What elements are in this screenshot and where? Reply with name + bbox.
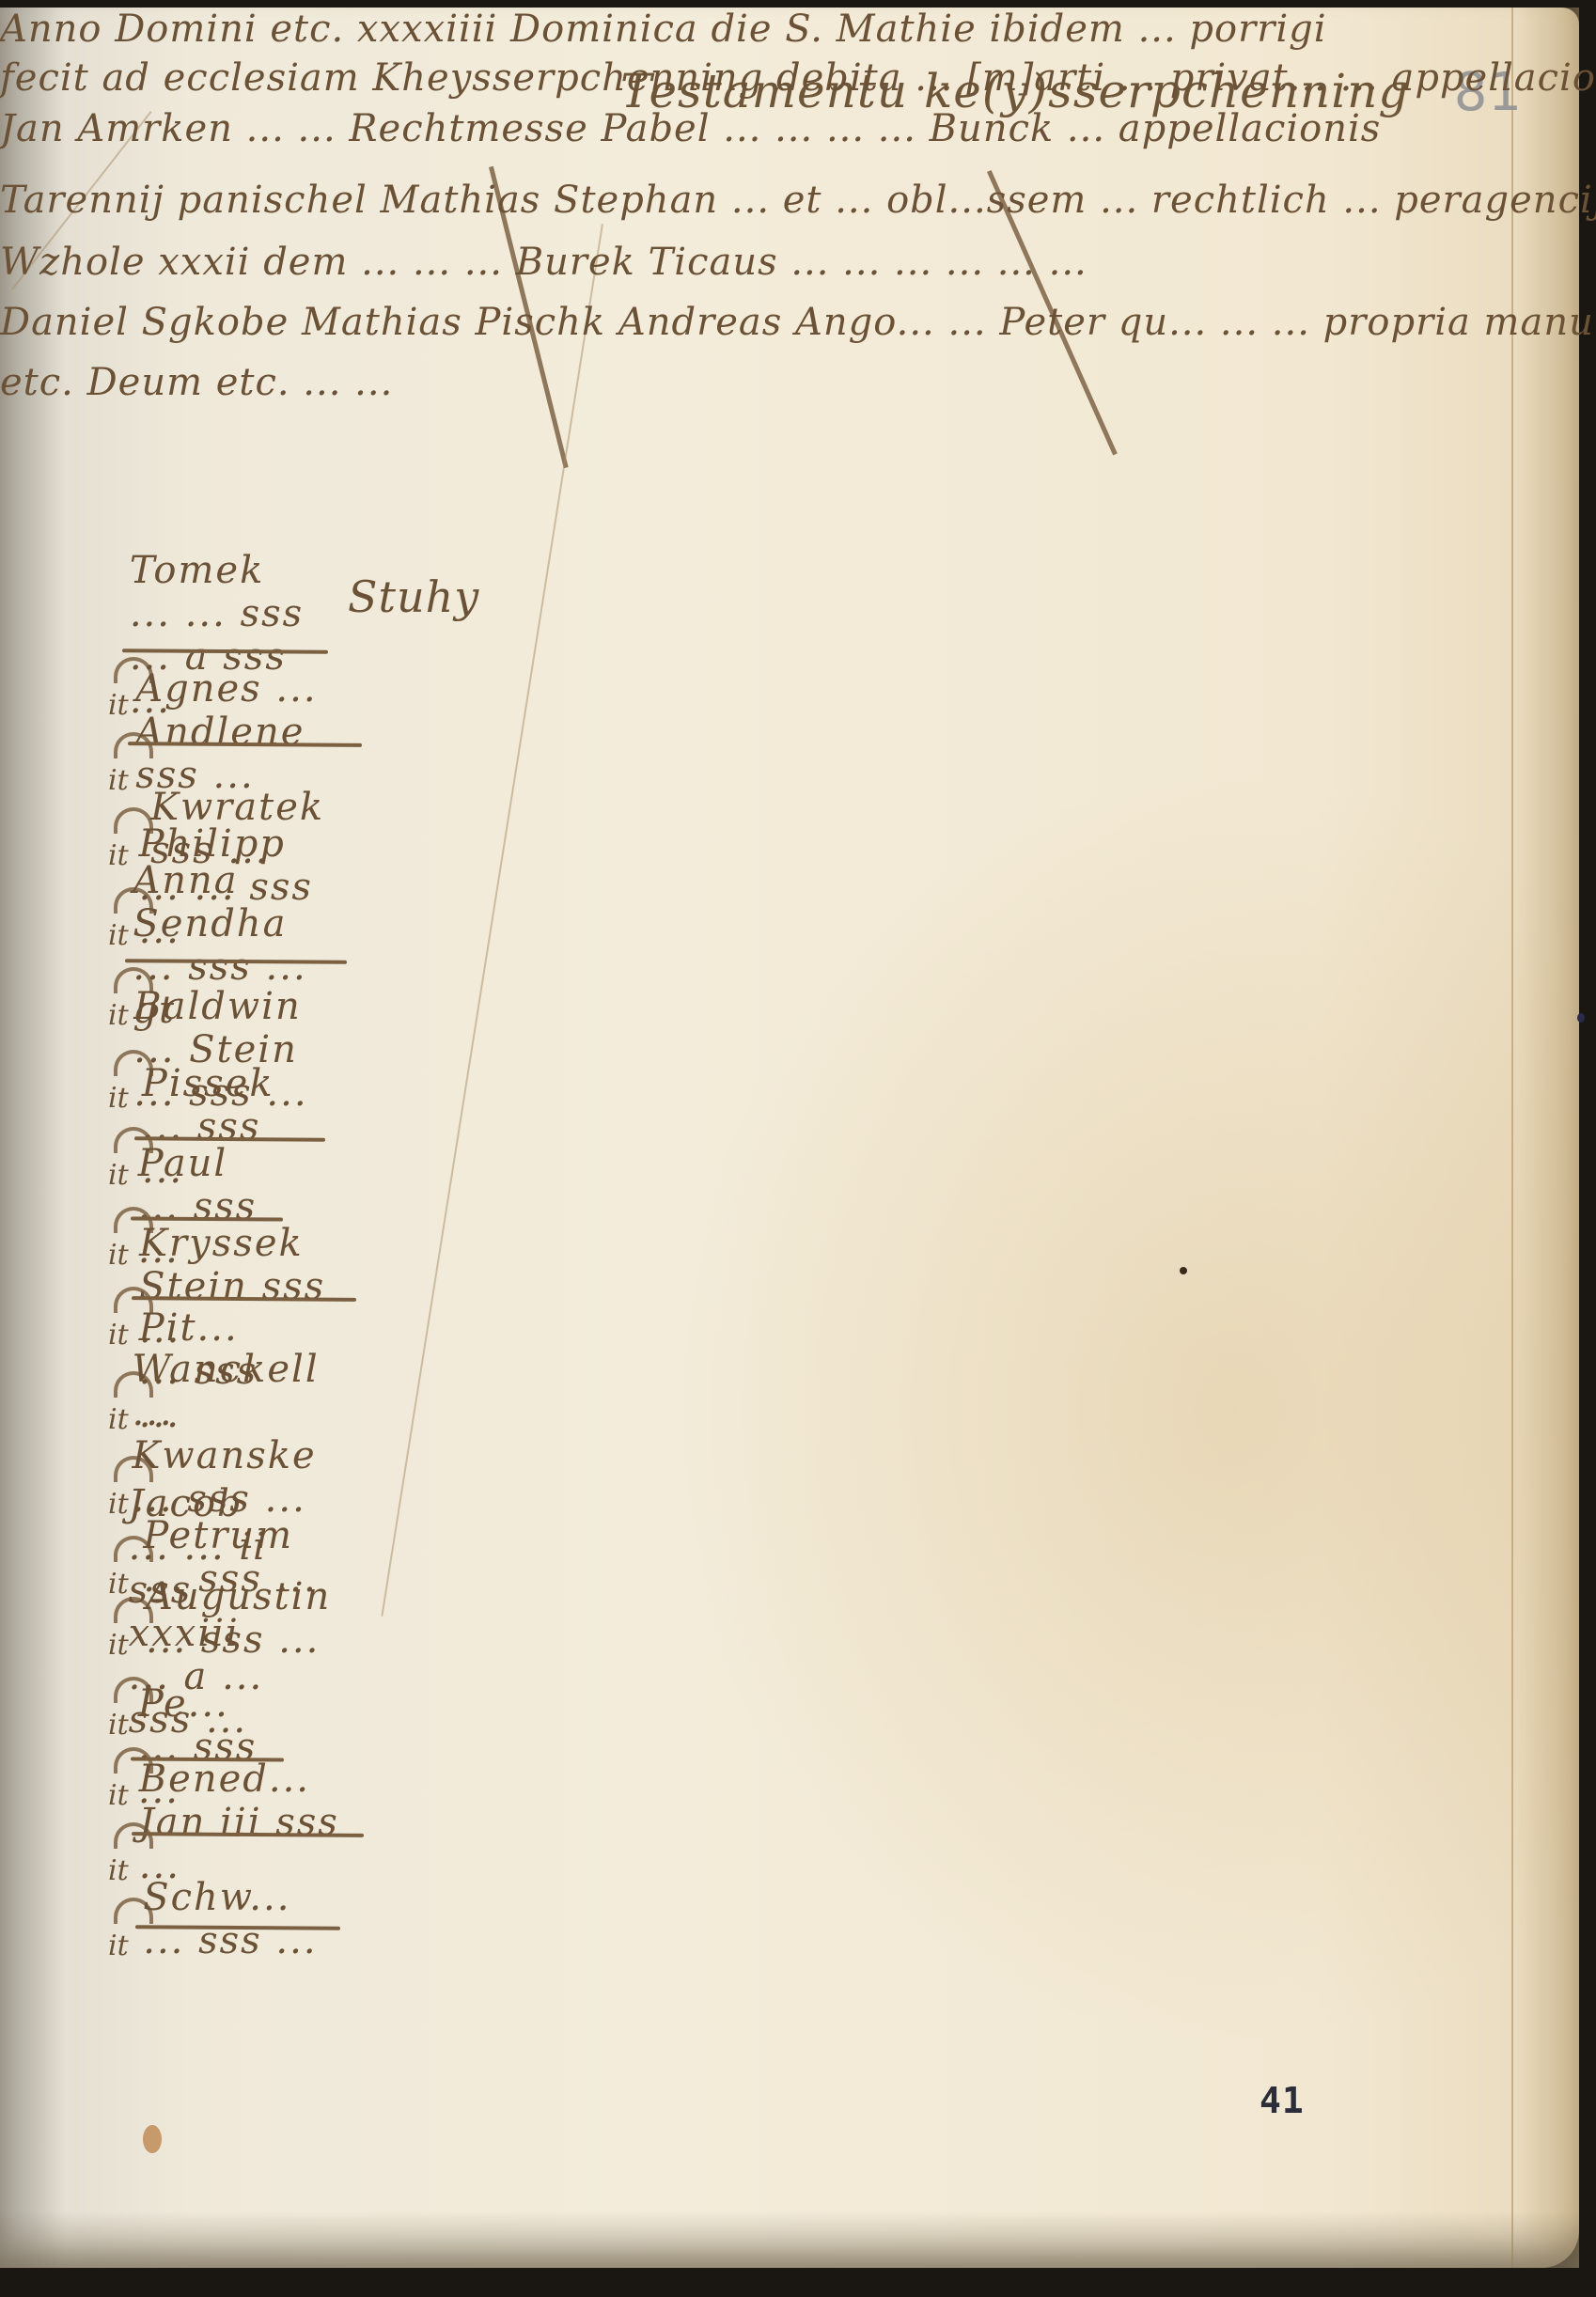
- item-marker: it: [108, 689, 130, 722]
- ink-dot: [1180, 1267, 1187, 1274]
- item-marker: it: [108, 1854, 139, 1887]
- item-marker: it: [108, 1319, 139, 1352]
- item-text: Agnes ... Andlene sss ...: [135, 667, 352, 797]
- manuscript-page: Testamentu ke(y)sserpchenning 81 Anno Do…: [0, 8, 1579, 2268]
- ink-dot: [1577, 1013, 1585, 1023]
- list-heading: Stuhy: [348, 571, 479, 622]
- ink-stain: [143, 2125, 162, 2153]
- paragraph-line: fecit ad ecclesiam Kheysserpchenning deb…: [0, 56, 1596, 100]
- binding-shadow: [0, 8, 66, 2268]
- faint-guide-line: [381, 224, 603, 1617]
- item-marker: it: [108, 999, 133, 1032]
- worn-bottom-edge: [0, 2211, 1579, 2268]
- item-text: Bened... Jan iii sss ...: [139, 1758, 354, 1887]
- paragraph-line: Anno Domini etc. xxxxiiii Dominica die S…: [0, 8, 1327, 51]
- item-marker: it: [108, 1930, 143, 1962]
- paragraph-line: Jan Amrken ... ... Rechtmesse Pabel ... …: [0, 107, 1381, 150]
- item-marker: it: [108, 1779, 138, 1812]
- page-edge: [1511, 8, 1579, 2268]
- paragraph-line: Tarennij panischel Mathias Stephan ... e…: [0, 179, 1596, 222]
- stamped-page-number: 41: [1260, 2080, 1305, 2121]
- list-item: it Schw... ... sss ...: [108, 1897, 331, 1962]
- item-marker: it: [108, 764, 135, 797]
- item-marker: it: [108, 1239, 138, 1272]
- item-marker: it: [108, 1159, 142, 1192]
- item-marker: it: [108, 1709, 129, 1742]
- item-text: Schw... ... sss ...: [143, 1876, 331, 1962]
- paragraph-line: etc. Deum etc. ... ...: [0, 361, 393, 404]
- paragraph-line: Wzhole xxxii dem ... ... ... Burek Ticau…: [0, 241, 1087, 284]
- item-marker: it: [108, 1082, 133, 1115]
- paragraph-line: Daniel Sgkobe Mathias Pischk Andreas Ang…: [0, 301, 1594, 344]
